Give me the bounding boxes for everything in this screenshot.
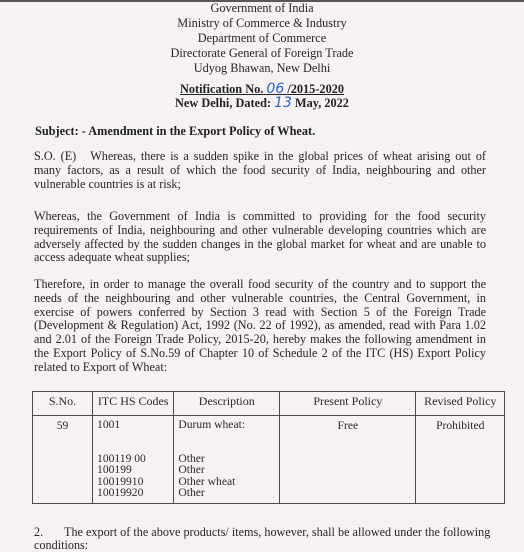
notification-prefix: Notification No. (180, 82, 263, 96)
paragraph-text: The export of the above products/ items,… (34, 525, 490, 552)
cell-hs-codes: 1001 100119 00 100199 10019910 10019920 (93, 416, 174, 504)
table-header-row: S.No. ITC HS Codes Description Present P… (33, 392, 505, 416)
cell-sno: 59 (33, 416, 93, 504)
date-day-handwritten: 13 (274, 95, 292, 111)
table-row: 59 1001 100119 00 100199 10019910 100199… (33, 416, 505, 504)
letterhead-government: Government of India (0, 1, 524, 16)
date-suffix: May, 2022 (295, 96, 349, 110)
subject-line: Subject: - Amendment in the Export Polic… (35, 124, 315, 139)
export-policy-table: S.No. ITC HS Codes Description Present P… (32, 391, 505, 504)
notification-suffix: /2015-2020 (287, 82, 344, 96)
letterhead-directorate: Directorate General of Foreign Trade (0, 46, 524, 61)
paragraph-therefore: Therefore, in order to manage the overal… (34, 278, 486, 375)
notification-date: New Delhi, Dated: 13 May, 2022 (0, 97, 524, 111)
description-item: Other (178, 464, 275, 476)
letterhead-ministry: Ministry of Commerce & Industry (0, 16, 524, 31)
date-prefix: New Delhi, Dated: (175, 96, 271, 110)
paragraph-text: Whereas, there is a sudden spike in the … (34, 149, 486, 191)
document-letterhead: Government of India Ministry of Commerce… (0, 1, 524, 76)
letterhead-department: Department of Commerce (0, 31, 524, 46)
hs-code: 10019920 (97, 487, 169, 499)
cell-revised-policy: Prohibited (416, 416, 505, 504)
cell-description: Durum wheat: Other Other Other wheat Oth… (174, 416, 280, 504)
hs-code: 1001 (97, 419, 169, 431)
description-item: Durum wheat: (178, 419, 275, 431)
header-description: Description (174, 392, 280, 416)
notification-number: Notification No. 06 /2015-2020 (0, 83, 524, 97)
header-present-policy: Present Policy (280, 392, 416, 416)
so-label: S.O. (E) (34, 149, 76, 163)
paragraph-whereas-2: Whereas, the Government of India is comm… (34, 210, 486, 265)
header-revised-policy: Revised Policy (416, 392, 505, 416)
header-sno: S.No. (33, 392, 93, 416)
paragraph-whereas-1: S.O. (E)Whereas, there is a sudden spike… (34, 150, 486, 191)
letterhead-address: Udyog Bhawan, New Delhi (0, 61, 524, 76)
notification-block: Notification No. 06 /2015-2020 New Delhi… (0, 83, 524, 110)
cell-present-policy: Free (280, 416, 416, 504)
hs-code: 100199 (97, 464, 169, 476)
description-item: Other (178, 487, 275, 499)
header-itc-hs-codes: ITC HS Codes (93, 392, 174, 416)
paragraph-conditions: 2.The export of the above products/ item… (34, 526, 494, 552)
